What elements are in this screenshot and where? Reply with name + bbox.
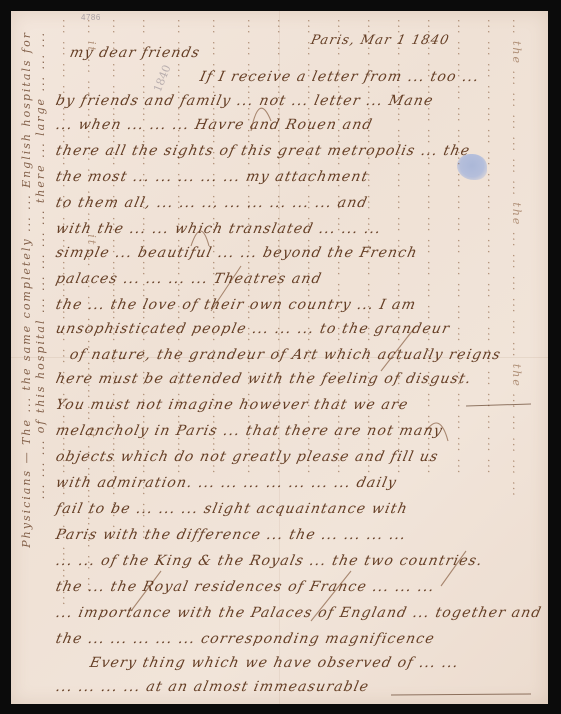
letter-line: If I receive a letter from ... too ... bbox=[198, 69, 481, 85]
letter-line: Every thing which we have observed of ..… bbox=[88, 655, 460, 671]
letter-sheet: 4786 1840 ... ... ... ... ... ... ... ..… bbox=[11, 11, 548, 704]
letter-line: palaces ... ... ... ... Theatres and bbox=[54, 271, 323, 287]
letter-line: to them all, ... ... ... ... ... ... ...… bbox=[54, 195, 369, 211]
letter-line: ... when ... ... ... Havre and Rouen and bbox=[54, 117, 374, 133]
letter-line: with the ... ... which translated ... ..… bbox=[54, 221, 383, 237]
letter-line: Paris with the difference ... the ... ..… bbox=[54, 527, 408, 543]
dateline: Paris, Mar 1 1840 bbox=[309, 33, 451, 48]
letter-line: the most ... ... ... ... ... my attachme… bbox=[54, 169, 370, 185]
letter-line: unsophisticated people ... ... ... to th… bbox=[54, 321, 451, 337]
letter-line: with admiration. ... ... ... ... ... ...… bbox=[54, 475, 398, 491]
letter-line: my dear friends bbox=[68, 45, 202, 61]
letter-line: ... ... of the King & the Royals ... the… bbox=[54, 553, 484, 569]
main-writing-layer: Paris, Mar 1 1840 my dear friendsIf I re… bbox=[11, 11, 548, 704]
letter-line: here must be attended with the feeling o… bbox=[54, 371, 473, 387]
letter-line: ... importance with the Palaces of Engla… bbox=[54, 605, 543, 621]
letter-line: ... ... ... ... at an almost immeasurabl… bbox=[54, 679, 370, 695]
letter-line: by friends and family ... not ... letter… bbox=[54, 93, 435, 109]
letter-line: the ... the love of their own country ..… bbox=[54, 297, 418, 313]
letter-line: You must not imagine however that we are bbox=[54, 397, 410, 413]
letter-line: fail to be ... ... ... slight acquaintan… bbox=[54, 501, 409, 517]
letter-line: of nature, the grandeur of Art which act… bbox=[68, 347, 502, 363]
letter-line: the ... the Royal residences of France .… bbox=[54, 579, 436, 595]
letter-line: simple ... beautiful ... ... beyond the … bbox=[54, 245, 419, 261]
letter-line: the ... ... ... ... ... corresponding ma… bbox=[54, 631, 436, 647]
letter-line: there all the sights of this great metro… bbox=[54, 143, 472, 159]
letter-line: objects which do not greatly please and … bbox=[54, 449, 440, 465]
letter-line: melancholy in Paris ... that there are n… bbox=[54, 423, 444, 439]
